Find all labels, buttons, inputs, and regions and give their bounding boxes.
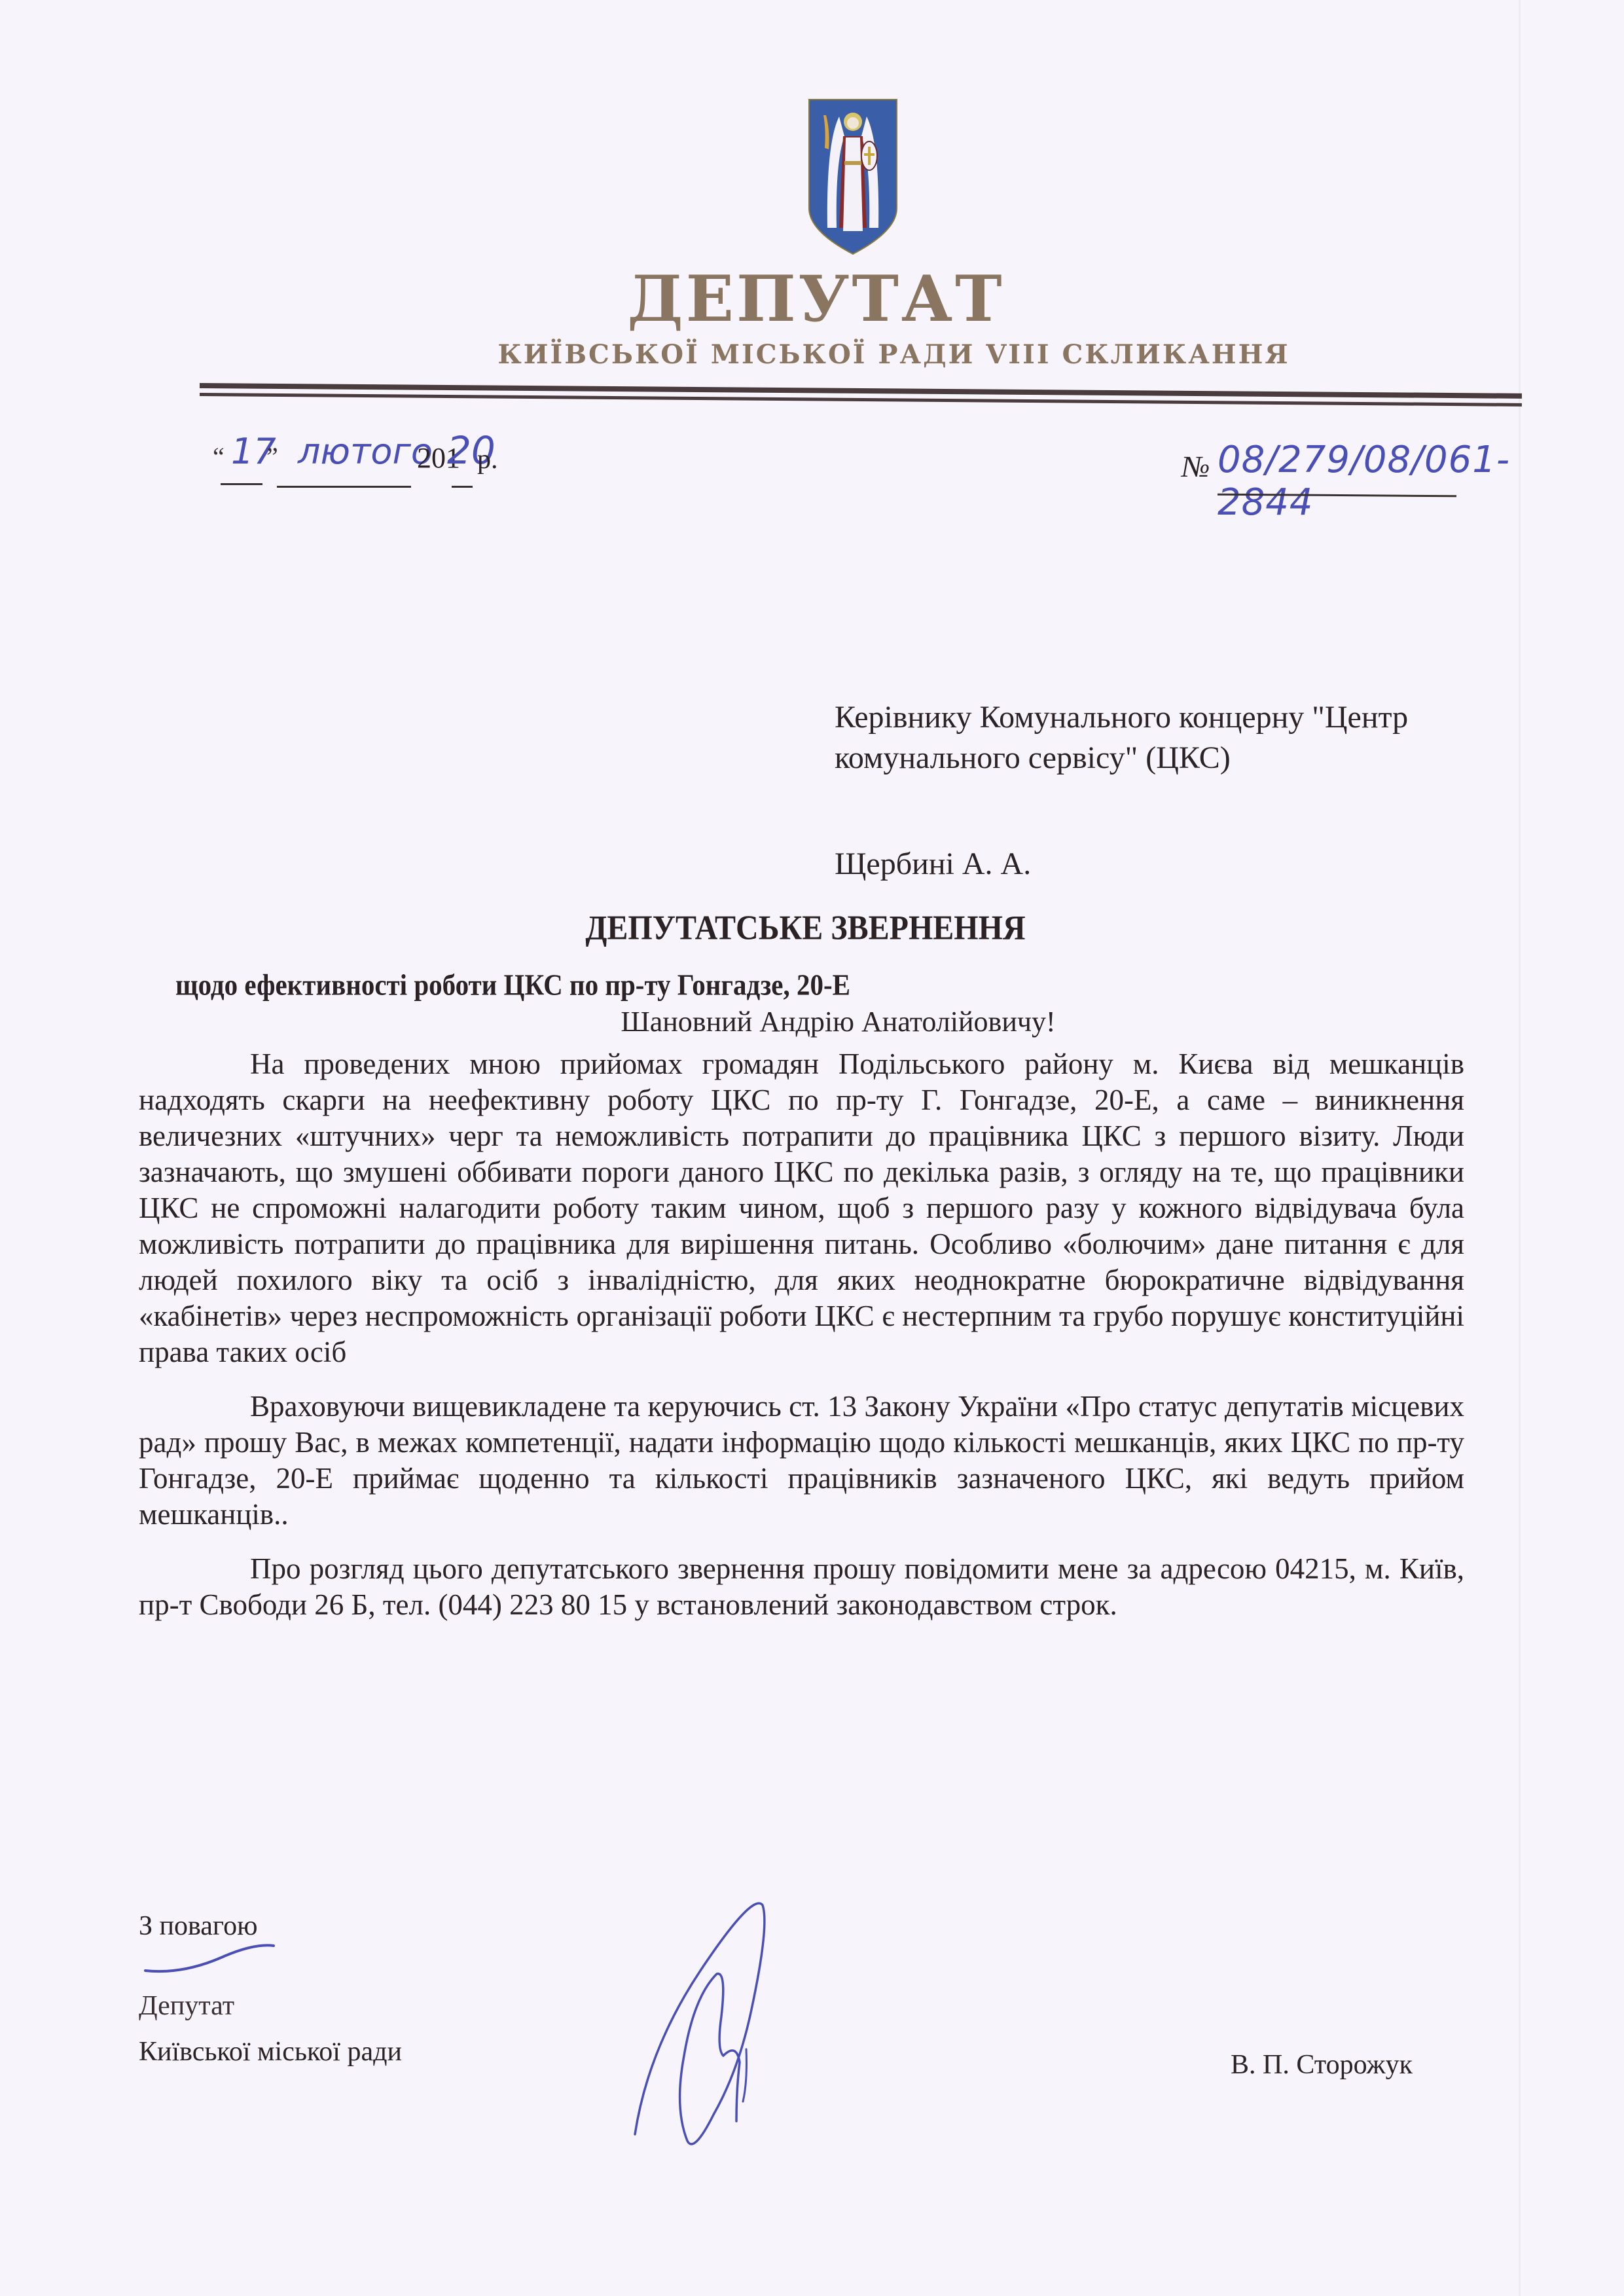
- date-month-underline: [277, 486, 411, 488]
- document-title: ДЕПУТАТСЬКЕ ЗВЕРНЕННЯ: [0, 908, 1617, 948]
- document-subject: щодо ефективності роботи ЦКС по пр-ту Го…: [175, 967, 850, 1002]
- addressee-line-2: комунального сервісу" (ЦКС): [835, 738, 1489, 778]
- closing-text: З повагою: [139, 1910, 258, 1942]
- date-day-underline: [221, 483, 262, 485]
- salutation: Шановний Андрію Анатолійовичу!: [26, 1005, 1624, 1038]
- handwritten-signature: [609, 1886, 871, 2174]
- date-month: лютого: [298, 431, 433, 472]
- signer-position-line-2: Київської міської ради: [139, 2036, 402, 2068]
- signer-name: В. П. Сторожук: [1231, 2049, 1413, 2081]
- kyiv-emblem-icon: [806, 97, 899, 257]
- addressee-name: Щербині А. А.: [835, 844, 1489, 884]
- closing-handwritten-stroke: [143, 1938, 313, 1977]
- date-year-underline: [452, 486, 473, 488]
- letter-body: На проведених мною прийомах громадян Под…: [139, 1046, 1464, 1623]
- addressee-line-1: Керівнику Комунального концерну "Центр: [835, 697, 1489, 738]
- signer-position-line-1: Депутат: [139, 1990, 234, 2022]
- letterhead-title: ДЕПУТАТ: [4, 262, 1624, 336]
- date-suffix: р.: [477, 444, 498, 475]
- date-close-quote: ”: [266, 441, 278, 472]
- document-date: “ 17 ” лютого 201 20 р.: [206, 432, 730, 491]
- reference-prefix: №: [1182, 449, 1210, 484]
- letterhead-subtitle: КИЇВСЬКОЇ МІСЬКОЇ РАДИ VIII СКЛИКАННЯ: [82, 339, 1624, 370]
- date-open-quote: “: [213, 441, 225, 472]
- body-paragraph: На проведених мною прийомах громадян Под…: [139, 1046, 1464, 1370]
- body-paragraph: Про розгляд цього депутатського зверненн…: [139, 1551, 1464, 1623]
- addressee-block: Керівнику Комунального концерну "Центр к…: [835, 697, 1489, 884]
- reference-value: 08/279/08/061-2844: [1218, 439, 1558, 524]
- reference-number: № 08/279/08/061-2844: [1152, 432, 1558, 498]
- body-paragraph: Враховуючи вищевикладене та керуючись ст…: [139, 1389, 1464, 1533]
